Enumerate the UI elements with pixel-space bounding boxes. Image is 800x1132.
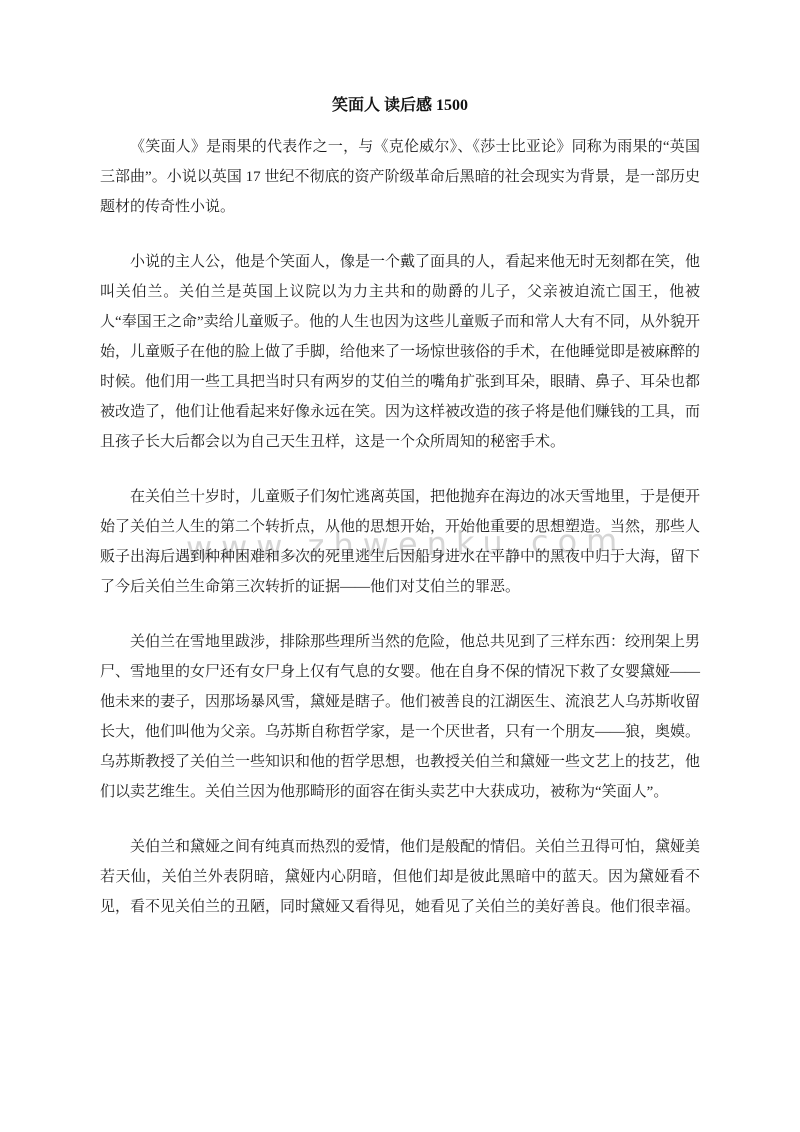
document-body: 《笑面人》是雨果的代表作之一，与《克伦威尔》、《莎士比亚论》同称为雨果的“英国三… xyxy=(100,132,700,947)
paragraph-abandonment: 在关伯兰十岁时，儿童贩子们匆忙逃离英国，把他抛弃在海边的冰天雪地里，于是便开始了… xyxy=(100,482,700,602)
document-viewer: { "document": { "title": "笑面人 读后感 1500",… xyxy=(0,0,800,1132)
paragraph-intro: 《笑面人》是雨果的代表作之一，与《克伦威尔》、《莎士比亚论》同称为雨果的“英国三… xyxy=(100,132,700,222)
paragraph-protagonist: 小说的主人公，他是个笑面人，像是一个戴了面具的人，看起来他无时无刻都在笑，他叫关… xyxy=(100,247,700,457)
paragraph-love: 关伯兰和黛娅之间有纯真而热烈的爱情，他们是般配的情侣。关伯兰丑得可怕，黛娅美若天… xyxy=(100,832,700,922)
document-title: 笑面人 读后感 1500 xyxy=(100,96,700,116)
paragraph-snow-journey: 关伯兰在雪地里跋涉，排除那些理所当然的危险，他总共见到了三样东西：绞刑架上男尸、… xyxy=(100,627,700,807)
document-page: www.zhwenku.com 笑面人 读后感 1500 《笑面人》是雨果的代表… xyxy=(0,0,800,1132)
